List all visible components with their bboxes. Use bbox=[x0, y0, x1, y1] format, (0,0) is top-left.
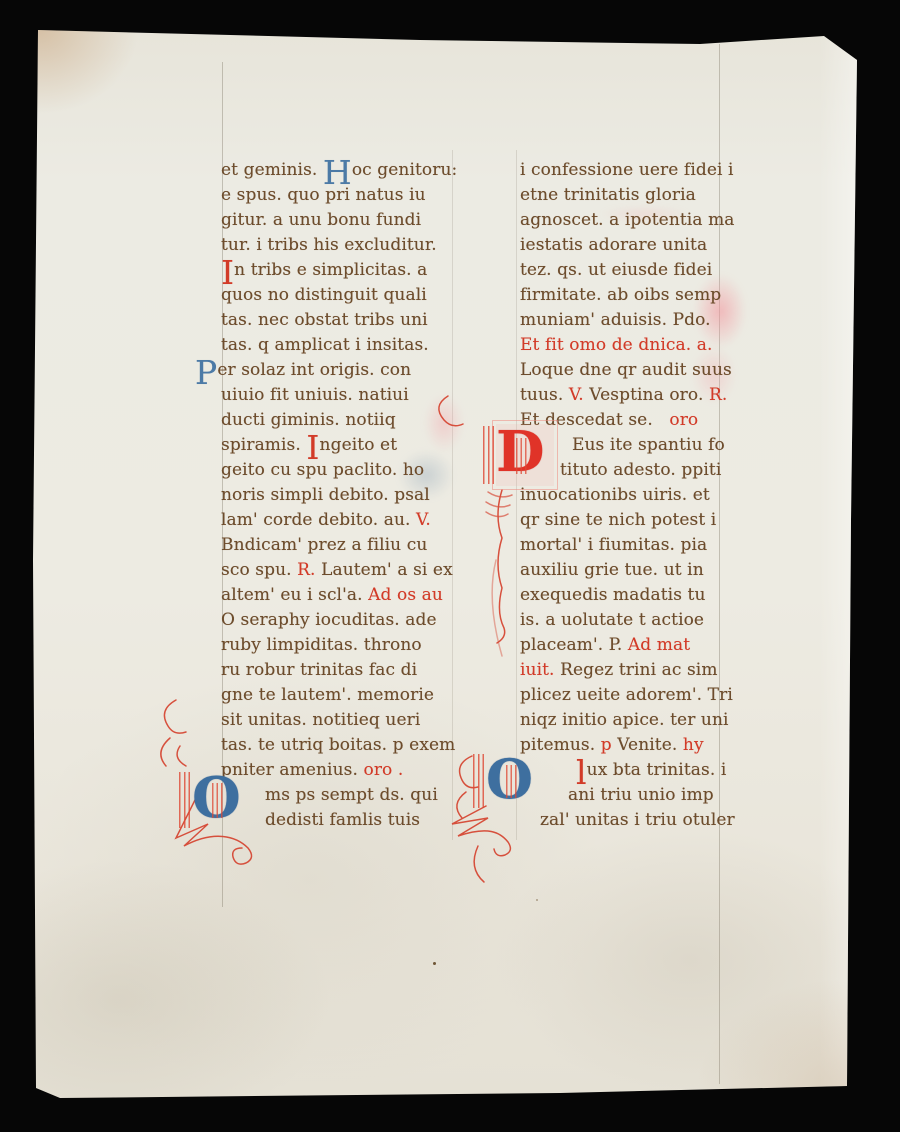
text-line: tas. q amplicat i insitas. bbox=[221, 333, 461, 358]
body-text: zal' unitas i triu otuler bbox=[540, 810, 735, 830]
left-column: et geminis. Hoc genitoru:e spus. quo pri… bbox=[221, 158, 461, 833]
text-line: i confessione uere fidei i bbox=[520, 158, 760, 183]
text-line: exequedis madatis tu bbox=[520, 583, 760, 608]
text-line: ani triu unio imp bbox=[568, 783, 760, 808]
rubric-text: V. bbox=[416, 510, 431, 530]
body-text: exequedis madatis tu bbox=[520, 585, 706, 605]
text-line: iuit. Regez trini ac sim bbox=[520, 658, 760, 683]
body-text: sit unitas. notitieq ueri bbox=[221, 710, 420, 730]
text-line: ms ps sempt ds. qui bbox=[265, 783, 461, 808]
text-line: tuus. V. Vesptina oro. R. bbox=[520, 383, 760, 408]
rubric-text: oro . bbox=[363, 760, 403, 780]
text-line: altem' eu i scl'a. Ad os au bbox=[221, 583, 461, 608]
body-text: ruby limpiditas. throno bbox=[221, 635, 422, 655]
text-line: inuocationibs uiris. et bbox=[520, 483, 760, 508]
text-line: spiramis. Ingeito et bbox=[221, 433, 461, 458]
text-line: tez. qs. ut eiusde fidei bbox=[520, 258, 760, 283]
rubric-text: Et fit omo de dnica. a. bbox=[520, 335, 713, 355]
illuminated-initial-D: D bbox=[496, 424, 554, 486]
body-text: O seraphy iocuditas. ade bbox=[221, 610, 437, 630]
text-line: plicez ueite adorem'. Tri bbox=[520, 683, 760, 708]
right-column: i confessione uere fidei ietne trinitati… bbox=[520, 158, 760, 833]
versal-letter: P bbox=[195, 353, 217, 392]
rubric-text: R. bbox=[297, 560, 315, 580]
text-line: sco spu. R. Lautem' a si ex bbox=[221, 558, 461, 583]
text-line: geito cu spu paclito. ho bbox=[221, 458, 461, 483]
photo-background: { "palette":{ "background":"#060606", "v… bbox=[0, 0, 900, 1132]
text-line: ducti giminis. notiiq bbox=[221, 408, 461, 433]
body-text: oc genitoru: bbox=[352, 160, 458, 180]
body-text: uiuio fit uniuis. natiui bbox=[221, 385, 409, 405]
text-line: qr sine te nich potest i bbox=[520, 508, 760, 533]
body-text: Eus ite spantiu fo bbox=[572, 435, 725, 455]
body-text: ngeito et bbox=[320, 435, 398, 455]
body-text: iestatis adorare unita bbox=[520, 235, 707, 255]
body-text: auxiliu grie tue. ut in bbox=[520, 560, 704, 580]
body-text: tituto adesto. ppiti bbox=[560, 460, 721, 480]
rubric-text: Ad os au bbox=[368, 585, 443, 605]
text-line: is. a uolutate t actioe bbox=[520, 608, 760, 633]
body-text: muniam' aduisis. Pdo. bbox=[520, 310, 711, 330]
body-text: tur. i tribs his excluditur. bbox=[221, 235, 437, 255]
body-text: et geminis. bbox=[221, 160, 323, 180]
body-text: tas. te utriq boitas. p exem bbox=[221, 735, 455, 755]
body-text: mortal' i fiumitas. pia bbox=[520, 535, 707, 555]
text-line: lam' corde debito. au. V. bbox=[221, 508, 461, 533]
text-line: noris simpli debito. psal bbox=[221, 483, 461, 508]
text-line: dedisti famlis tuis bbox=[265, 808, 461, 833]
body-text: ani triu unio imp bbox=[568, 785, 714, 805]
text-line: Et fit omo de dnica. a. bbox=[520, 333, 760, 358]
body-text: qr sine te nich potest i bbox=[520, 510, 716, 530]
body-text: gitur. a unu bonu fundi bbox=[221, 210, 421, 230]
body-text: quos no distinguit quali bbox=[221, 285, 427, 305]
text-line: Eus ite spantiu fo bbox=[572, 433, 760, 458]
body-text: ux bta trinitas. i bbox=[587, 760, 727, 780]
body-text: firmitate. ab oibs semp bbox=[520, 285, 721, 305]
text-line: quos no distinguit quali bbox=[221, 283, 461, 308]
body-text: ru robur trinitas fac di bbox=[221, 660, 417, 680]
body-text: agnoscet. a ipotentia ma bbox=[520, 210, 735, 230]
body-text: is. a uolutate t actioe bbox=[520, 610, 704, 630]
body-text: ms ps sempt ds. qui bbox=[265, 785, 438, 805]
body-text: placeam'. P. bbox=[520, 635, 628, 655]
illuminated-initial-O: O bbox=[486, 752, 544, 810]
body-text: tez. qs. ut eiusde fidei bbox=[520, 260, 712, 280]
text-line: tur. i tribs his excluditur. bbox=[221, 233, 461, 258]
text-line: Et descedat se. oro bbox=[520, 408, 760, 433]
body-text: spiramis. bbox=[221, 435, 306, 455]
initial-letter: O bbox=[192, 770, 250, 826]
text-line: lux bta trinitas. i bbox=[576, 758, 760, 783]
text-line: e spus. quo pri natus iu bbox=[221, 183, 461, 208]
body-text: n tribs e simplicitas. a bbox=[234, 260, 427, 280]
text-line: placeam'. P. Ad mat bbox=[520, 633, 760, 658]
rubric-text: R. bbox=[709, 385, 727, 405]
rubric-text: Ad mat bbox=[628, 635, 690, 655]
text-line: In tribs e simplicitas. a bbox=[221, 258, 461, 283]
body-text: Venite. bbox=[617, 735, 683, 755]
text-line: Per solaz int origis. con bbox=[195, 358, 461, 383]
text-line: tituto adesto. ppiti bbox=[560, 458, 760, 483]
text-line: niqz initio apice. ter uni bbox=[520, 708, 760, 733]
dust-speck bbox=[536, 899, 538, 901]
rubric-text: hy bbox=[683, 735, 704, 755]
text-line: et geminis. Hoc genitoru: bbox=[221, 158, 461, 183]
text-line: auxiliu grie tue. ut in bbox=[520, 558, 760, 583]
body-text: geito cu spu paclito. ho bbox=[221, 460, 424, 480]
text-line: ru robur trinitas fac di bbox=[221, 658, 461, 683]
text-line: iestatis adorare unita bbox=[520, 233, 760, 258]
text-line: O seraphy iocuditas. ade bbox=[221, 608, 461, 633]
ruling-line bbox=[516, 150, 517, 840]
body-text: lam' corde debito. au. bbox=[221, 510, 416, 530]
body-text: er solaz int origis. con bbox=[217, 360, 411, 380]
body-text: i confessione uere fidei i bbox=[520, 160, 734, 180]
body-text: tas. nec obstat tribs uni bbox=[221, 310, 428, 330]
text-line: etne trinitatis gloria bbox=[520, 183, 760, 208]
body-text: Lautem' a si ex bbox=[316, 560, 453, 580]
text-line: agnoscet. a ipotentia ma bbox=[520, 208, 760, 233]
body-text: noris simpli debito. psal bbox=[221, 485, 430, 505]
initial-letter: O bbox=[486, 752, 544, 806]
rubric-text: V. bbox=[569, 385, 584, 405]
body-text: plicez ueite adorem'. Tri bbox=[520, 685, 733, 705]
text-line: gitur. a unu bonu fundi bbox=[221, 208, 461, 233]
rubric-text: iuit. bbox=[520, 660, 555, 680]
text-line: zal' unitas i triu otuler bbox=[540, 808, 760, 833]
text-line: Bndicam' prez a filiu cu bbox=[221, 533, 461, 558]
body-text: tuus. bbox=[520, 385, 569, 405]
text-line: Loque dne qr audit suus bbox=[520, 358, 760, 383]
text-line: ruby limpiditas. throno bbox=[221, 633, 461, 658]
body-text: ducti giminis. notiiq bbox=[221, 410, 396, 430]
text-line: muniam' aduisis. Pdo. bbox=[520, 308, 760, 333]
body-text: dedisti famlis tuis bbox=[265, 810, 420, 830]
body-text: gne te lautem'. memorie bbox=[221, 685, 434, 705]
body-text: e spus. quo pri natus iu bbox=[221, 185, 426, 205]
initial-letter: D bbox=[496, 424, 554, 480]
text-line: sit unitas. notitieq ueri bbox=[221, 708, 461, 733]
body-text: sco spu. bbox=[221, 560, 297, 580]
body-text: Loque dne qr audit suus bbox=[520, 360, 732, 380]
body-text: etne trinitatis gloria bbox=[520, 185, 696, 205]
text-line: pniter amenius. oro . bbox=[221, 758, 461, 783]
text-line: firmitate. ab oibs semp bbox=[520, 283, 760, 308]
body-text: inuocationibs uiris. et bbox=[520, 485, 710, 505]
body-text: niqz initio apice. ter uni bbox=[520, 710, 729, 730]
rubric-text: oro bbox=[669, 410, 698, 430]
text-line: tas. nec obstat tribs uni bbox=[221, 308, 461, 333]
body-text: altem' eu i scl'a. bbox=[221, 585, 368, 605]
dust-speck bbox=[433, 962, 436, 965]
body-text: Bndicam' prez a filiu cu bbox=[221, 535, 427, 555]
text-line: pitemus. p Venite. hy bbox=[520, 733, 760, 758]
body-text: Vesptina oro. bbox=[584, 385, 709, 405]
text-line: uiuio fit uniuis. natiui bbox=[221, 383, 461, 408]
body-text: Regez trini ac sim bbox=[555, 660, 718, 680]
text-line: tas. te utriq boitas. p exem bbox=[221, 733, 461, 758]
rubric-text: p bbox=[601, 735, 618, 755]
body-text: tas. q amplicat i insitas. bbox=[221, 335, 429, 355]
text-line: gne te lautem'. memorie bbox=[221, 683, 461, 708]
illuminated-initial-O: O bbox=[192, 770, 250, 830]
text-line: mortal' i fiumitas. pia bbox=[520, 533, 760, 558]
